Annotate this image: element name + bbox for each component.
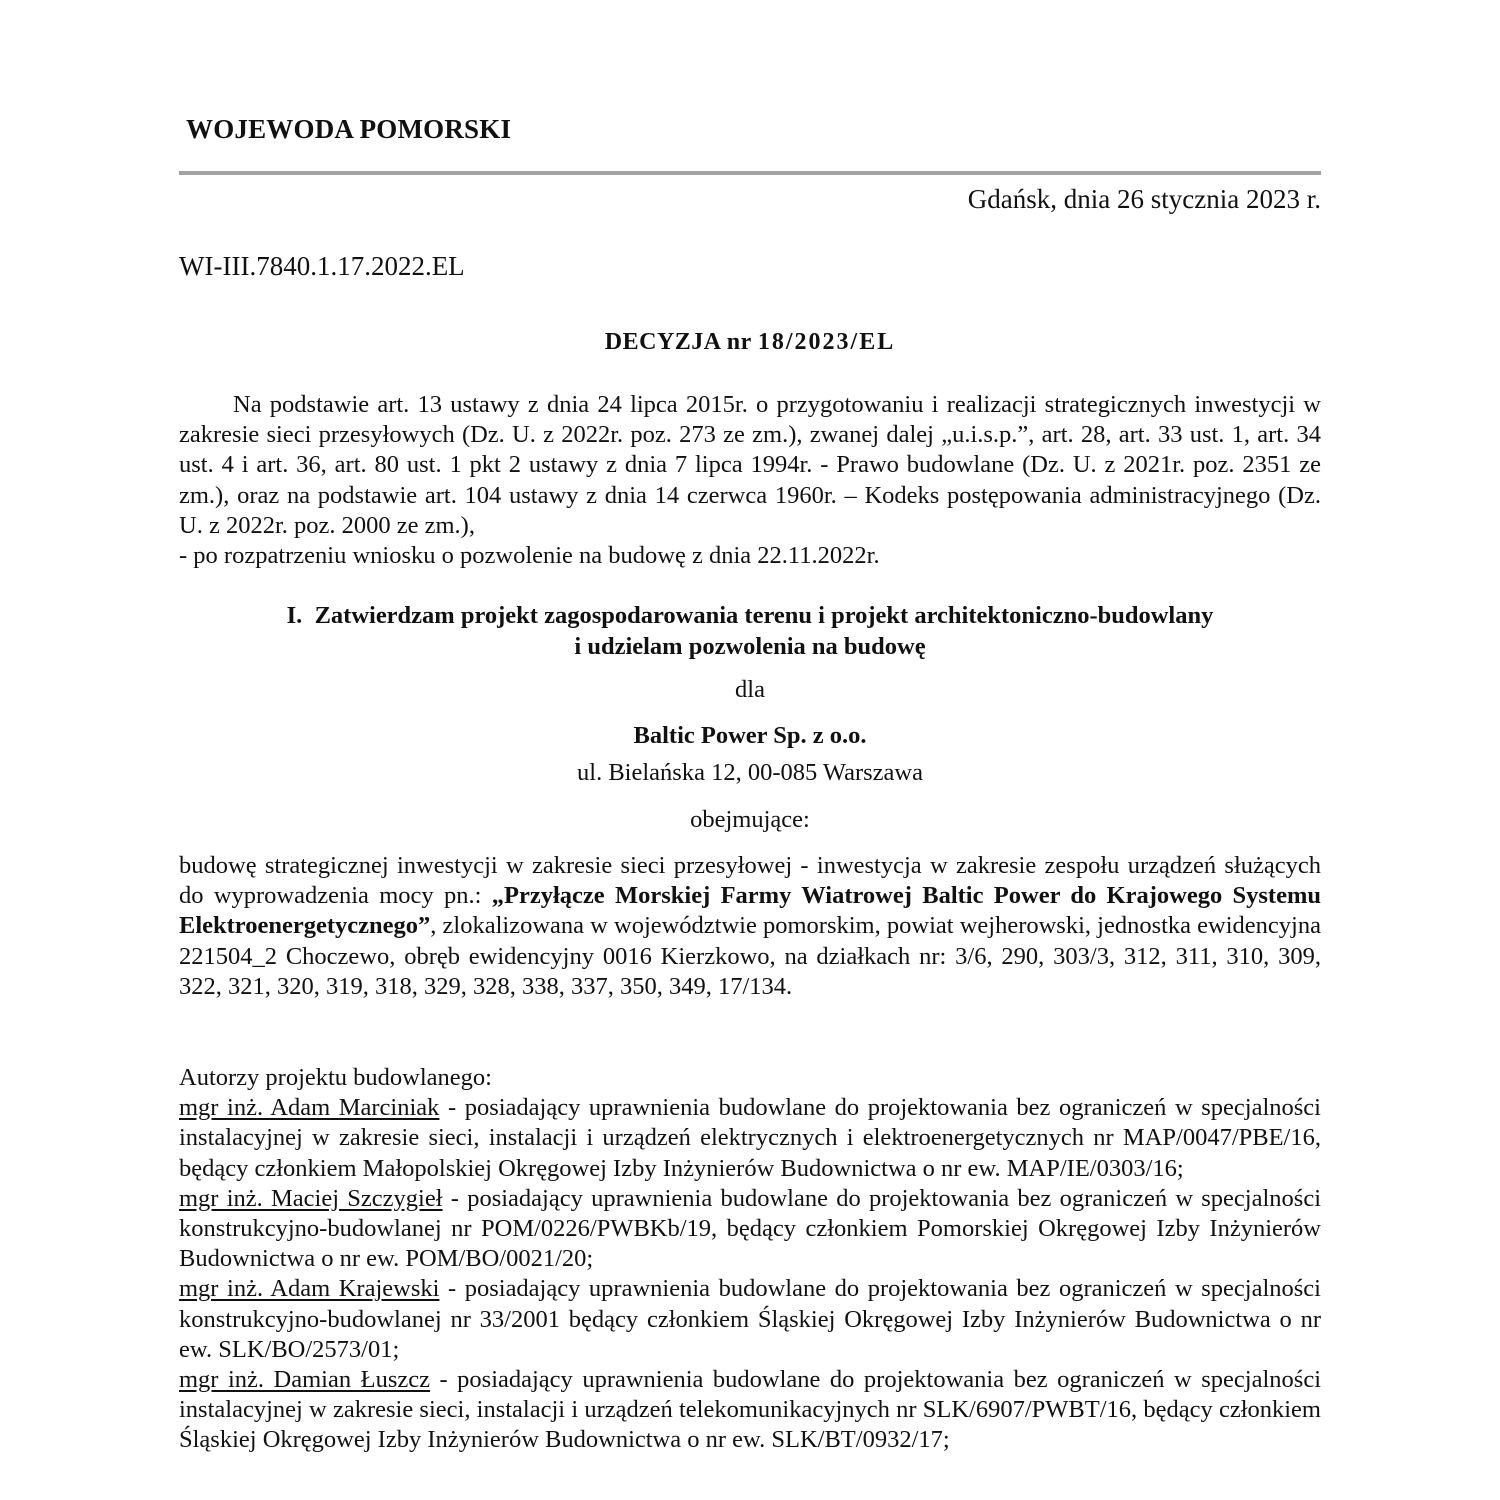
section-1-heading-line2: i udzielam pozwolenia na budowę: [200, 632, 1300, 663]
decision-title-prefix: DECYZJA nr: [605, 329, 752, 355]
company-address: ul. Bielańska 12, 00-085 Warszawa: [0, 759, 1500, 787]
legal-basis-paragraph: Na podstawie art. 13 ustawy z dnia 24 li…: [179, 390, 1321, 541]
company-name: Baltic Power Sp. z o.o.: [0, 722, 1500, 750]
header-divider: [179, 171, 1321, 175]
issuer-name: WOJEWODA POMORSKI: [186, 114, 511, 145]
case-number: WI-III.7840.1.17.2022.EL: [179, 251, 465, 282]
after-review-line: - po rozpatrzeniu wniosku o pozwolenie n…: [179, 541, 1321, 571]
decision-number: 18/2023/EL: [758, 329, 895, 355]
author-name: mgr inż. Damian Łuszcz: [179, 1366, 430, 1393]
section-1-heading: I. Zatwierdzam projekt zagospodarowania …: [200, 601, 1300, 662]
section-1-numeral: I.: [287, 602, 303, 629]
author-entry: mgr inż. Damian Łuszcz - posiadający upr…: [179, 1365, 1321, 1456]
author-name: mgr inż. Adam Marciniak: [179, 1094, 439, 1121]
document-page: WOJEWODA POMORSKI Gdańsk, dnia 26 styczn…: [0, 0, 1500, 1500]
decision-title: DECYZJA nr 18/2023/EL: [0, 329, 1500, 356]
project-authors: Autorzy projektu budowlanego: mgr inż. A…: [179, 1063, 1321, 1456]
authors-heading: Autorzy projektu budowlanego:: [179, 1063, 1321, 1093]
covering-label: obejmujące:: [0, 806, 1500, 834]
author-name: mgr inż. Adam Krajewski: [179, 1275, 439, 1302]
author-entry: mgr inż. Adam Marciniak - posiadający up…: [179, 1093, 1321, 1184]
author-entry: mgr inż. Adam Krajewski - posiadający up…: [179, 1274, 1321, 1365]
for-label: dla: [0, 676, 1500, 704]
section-1-heading-line1: Zatwierdzam projekt zagospodarowania ter…: [315, 602, 1214, 629]
legal-basis: Na podstawie art. 13 ustawy z dnia 24 li…: [179, 390, 1321, 571]
author-name: mgr inż. Maciej Szczygieł: [179, 1185, 443, 1212]
author-entry: mgr inż. Maciej Szczygieł - posiadający …: [179, 1184, 1321, 1275]
place-and-date: Gdańsk, dnia 26 stycznia 2023 r.: [968, 184, 1321, 215]
investment-scope: budowę strategicznej inwestycji w zakres…: [179, 851, 1321, 1002]
